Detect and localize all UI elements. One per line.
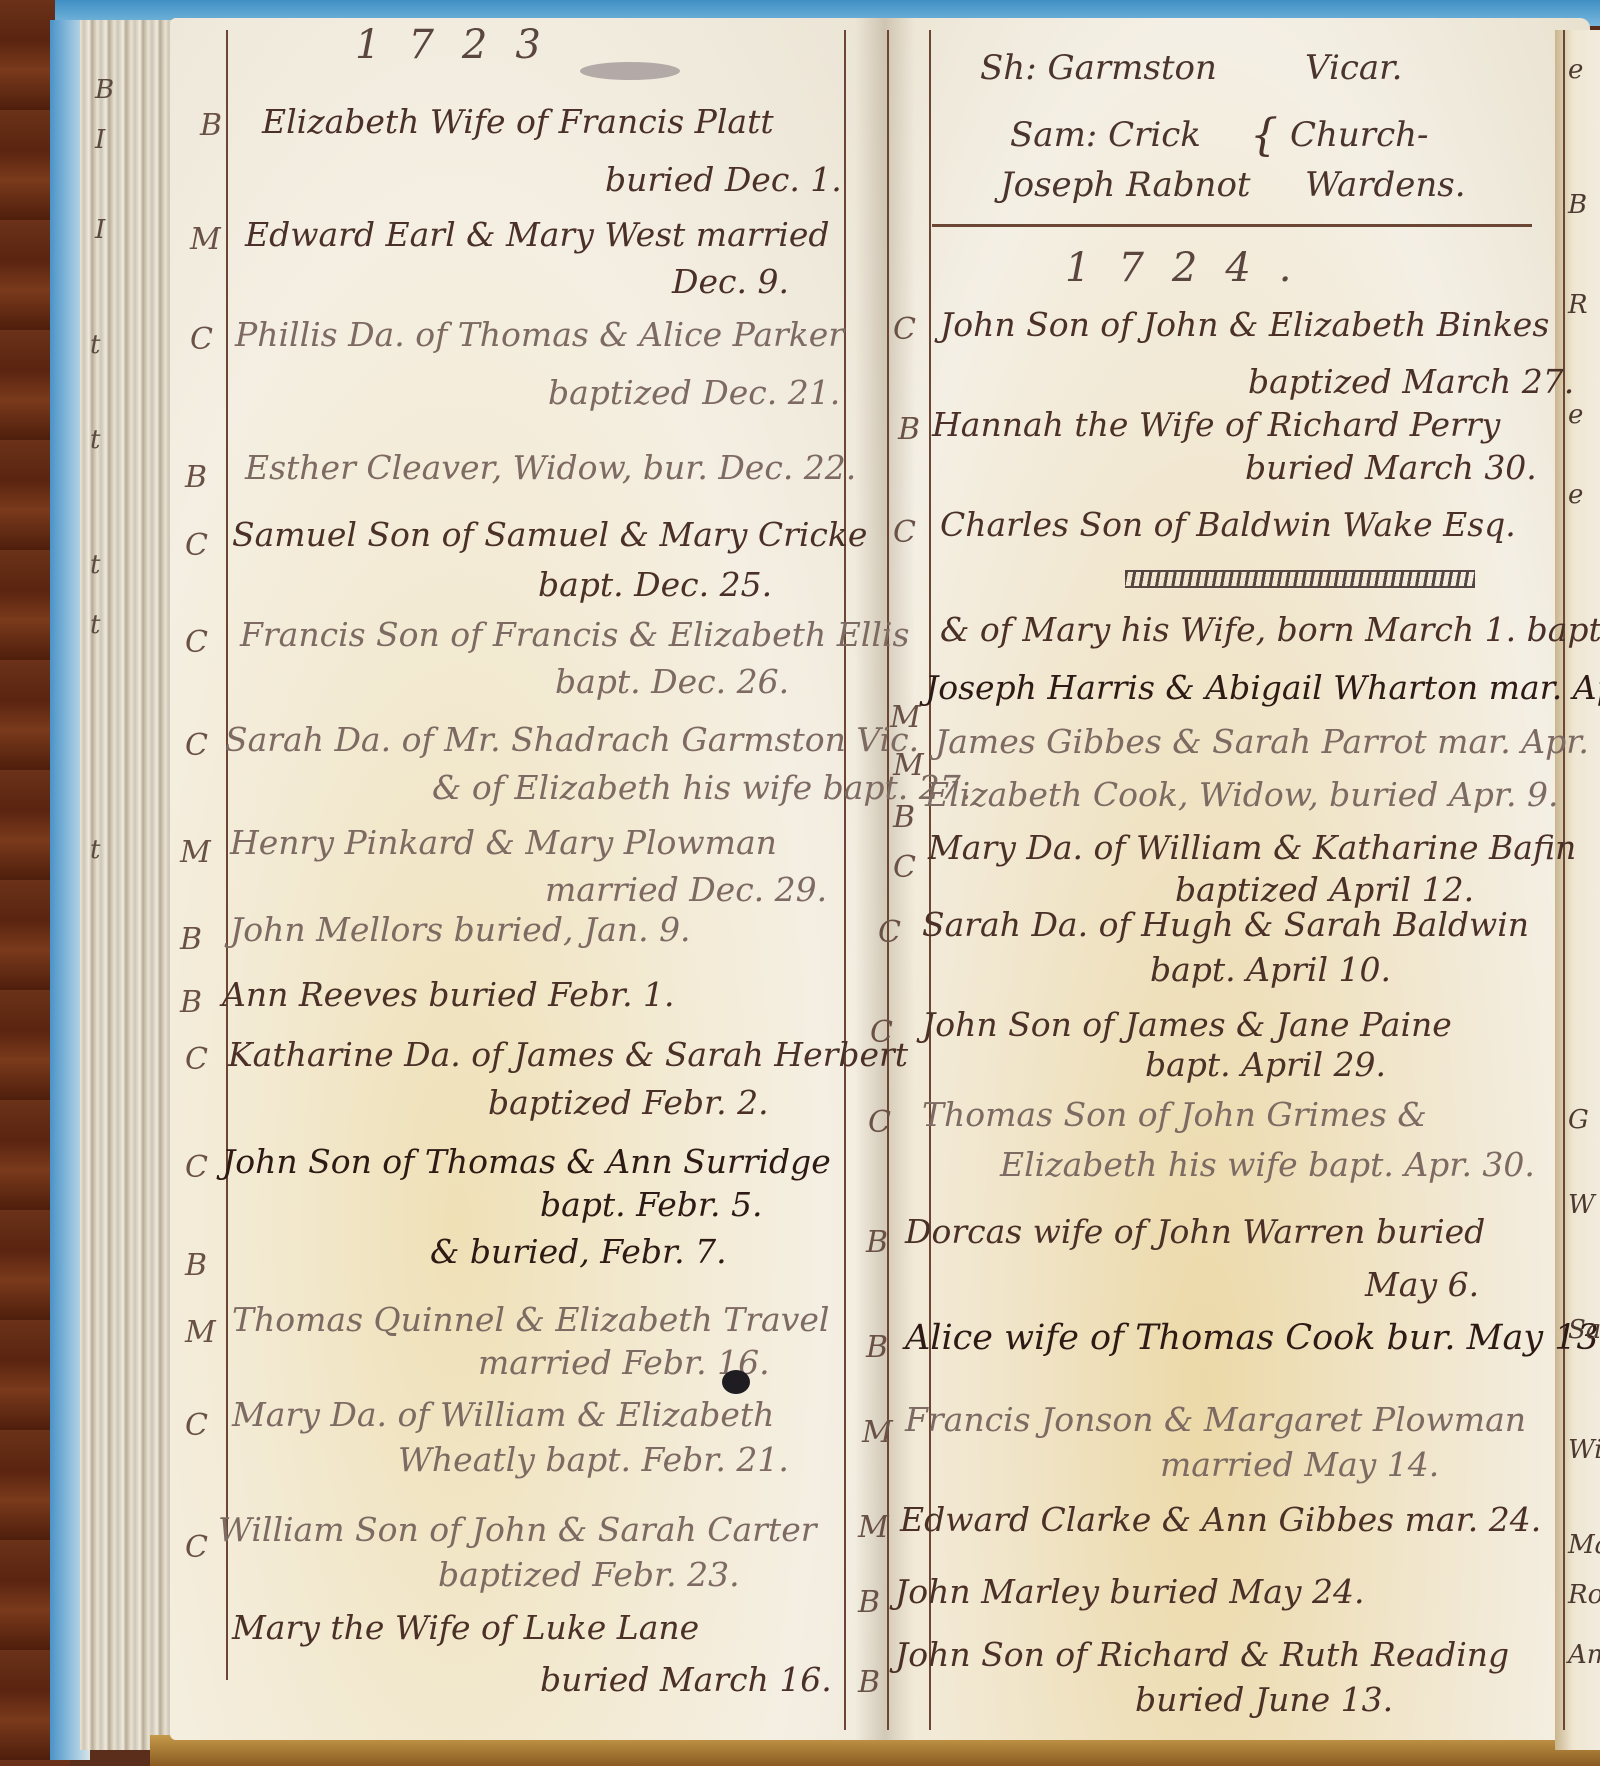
entry-code: C xyxy=(893,850,916,885)
churchwarden-signature-1: Sam: Crick xyxy=(1010,115,1201,155)
entry-line: Elizabeth Wife of Francis Platt xyxy=(262,102,774,141)
entry-line: John Son of John & Elizabeth Binkes xyxy=(940,305,1549,344)
entry-line: Edward Clarke & Ann Gibbes mar. 24. xyxy=(900,1500,1541,1539)
entry-line: Dorcas wife of John Warren buried xyxy=(905,1212,1485,1251)
entry-line: John Son of Richard & Ruth Reading xyxy=(895,1635,1509,1674)
center-rule-right xyxy=(887,30,889,1730)
entry-code: C xyxy=(185,1408,208,1443)
entry-code: C xyxy=(190,322,213,357)
entry-line: baptized Dec. 21. xyxy=(548,373,840,412)
next-page-letter: Ma xyxy=(1568,1530,1600,1560)
entry-line: bapt. Dec. 25. xyxy=(538,565,772,604)
entry-line: Thomas Quinnel & Elizabeth Travel xyxy=(232,1300,829,1339)
entry-line: buried March 30. xyxy=(1245,448,1537,487)
entry-line: William Son of John & Sarah Carter xyxy=(218,1510,817,1549)
entry-code: B xyxy=(866,1225,888,1260)
next-page-margin-rule xyxy=(1563,30,1565,1730)
entry-line: Sarah Da. of Mr. Shadrach Garmston Vic. xyxy=(225,720,919,759)
churchwarden-signature-2: Joseph Rabnot xyxy=(1000,165,1251,205)
entry-line: Mary Da. of William & Katharine Bafin xyxy=(928,828,1576,867)
left-margin-rule xyxy=(226,30,228,1680)
entry-code: B xyxy=(893,800,915,835)
entry-code: M xyxy=(890,700,921,735)
entry-code: C xyxy=(185,1042,208,1077)
entry-line: John Son of James & Jane Paine xyxy=(922,1005,1452,1044)
year-heading-1724: 1724. xyxy=(1065,245,1320,291)
struck-through-text xyxy=(1125,570,1475,588)
entry-code: C xyxy=(893,515,916,550)
entry-line: & of Mary his Wife, born March 1. bapt. … xyxy=(940,610,1600,649)
stack-letter: I xyxy=(95,215,105,245)
entry-code: B xyxy=(180,922,202,957)
entry-line: Ann Reeves buried Febr. 1. xyxy=(222,975,675,1014)
entry-line: married Dec. 29. xyxy=(545,870,827,909)
stack-letter: B xyxy=(95,75,114,105)
entry-line: May 6. xyxy=(1365,1265,1479,1304)
entry-line: baptized April 12. xyxy=(1175,870,1474,909)
entry-code: C xyxy=(878,915,901,950)
stack-letter: t xyxy=(90,610,100,640)
entry-line: Elizabeth Cook, Widow, buried Apr. 9. xyxy=(925,775,1559,814)
stack-letter: t xyxy=(90,550,100,580)
entry-code: C xyxy=(868,1105,891,1140)
entry-line: Henry Pinkard & Mary Plowman xyxy=(230,823,777,862)
entry-line: John Mellors buried, Jan. 9. xyxy=(230,910,691,949)
next-page-letter: Wi xyxy=(1568,1435,1600,1465)
churchwarden-role-2: Wardens. xyxy=(1305,165,1466,205)
next-page-letter: G xyxy=(1568,1105,1589,1135)
entry-line: buried Dec. 1. xyxy=(605,160,842,199)
entry-line: Hannah the Wife of Richard Perry xyxy=(932,405,1500,444)
entry-code: C xyxy=(185,1530,208,1565)
next-page-letter: B xyxy=(1568,190,1587,220)
entry-line: Sarah Da. of Hugh & Sarah Baldwin xyxy=(922,905,1529,944)
entry-line: baptized March 27. xyxy=(1248,362,1574,401)
entry-line: Phillis Da. of Thomas & Alice Parker xyxy=(235,315,844,354)
entry-line: John Marley buried May 24. xyxy=(895,1572,1364,1611)
entry-code: B xyxy=(200,108,222,143)
entry-line: baptized Febr. 2. xyxy=(488,1083,769,1122)
next-page-letter: e xyxy=(1568,400,1583,430)
entry-line: Mary Da. of William & Elizabeth xyxy=(232,1395,774,1434)
entry-code: C xyxy=(185,625,208,660)
entry-line: John Son of Thomas & Ann Surridge xyxy=(222,1142,831,1181)
entry-line: Dec. 9. xyxy=(672,262,789,301)
next-page-letter: R xyxy=(1568,290,1588,320)
entry-line: buried June 13. xyxy=(1135,1680,1393,1719)
entry-line: Katharine Da. of James & Sarah Herbert xyxy=(228,1035,908,1074)
brace: { xyxy=(1250,110,1278,161)
entry-line: bapt. Dec. 26. xyxy=(555,662,789,701)
vicar-signature: Sh: Garmston xyxy=(980,48,1217,88)
entry-line: buried March 16. xyxy=(540,1660,832,1699)
entry-line: James Gibbes & Sarah Parrot mar. Apr. 9. xyxy=(935,722,1600,761)
entry-line: bapt. Febr. 5. xyxy=(540,1185,763,1224)
entry-line: married May 14. xyxy=(1160,1445,1439,1484)
entry-line: Charles Son of Baldwin Wake Esq. xyxy=(940,505,1516,544)
entry-line: Thomas Son of John Grimes & xyxy=(922,1095,1427,1134)
entry-code: C xyxy=(870,1015,893,1050)
entry-line: Esther Cleaver, Widow, bur. Dec. 22. xyxy=(245,448,856,487)
next-page-letter: e xyxy=(1568,55,1583,85)
entry-code: B xyxy=(866,1330,888,1365)
entry-code: B xyxy=(858,1585,880,1620)
entry-code: B xyxy=(185,1625,207,1660)
entry-line: Joseph Harris & Abigail Wharton mar. Apr… xyxy=(925,668,1600,707)
next-page-letter: W xyxy=(1568,1190,1595,1220)
entry-line: Edward Earl & Mary West married xyxy=(245,215,830,254)
entry-line: Alice wife of Thomas Cook bur. May 13. xyxy=(905,1318,1600,1358)
ink-smudge xyxy=(580,62,680,80)
entry-code: C xyxy=(185,728,208,763)
entry-code: B xyxy=(858,1665,880,1700)
stack-letter: t xyxy=(90,330,100,360)
year-heading-1723: 1723 xyxy=(355,22,569,68)
churchwarden-role-1: Church- xyxy=(1290,115,1429,155)
entry-line: baptized Febr. 23. xyxy=(438,1555,740,1594)
entry-code: B xyxy=(180,985,202,1020)
entry-line: Francis Son of Francis & Elizabeth Ellis xyxy=(240,615,909,654)
right-margin-rule xyxy=(929,30,931,1730)
entry-code: M xyxy=(858,1510,889,1545)
entry-code: M xyxy=(185,1315,216,1350)
entry-code: M xyxy=(190,222,221,257)
stack-letter: t xyxy=(90,835,100,865)
entry-code: B xyxy=(185,1248,207,1283)
entry-code: C xyxy=(185,1150,208,1185)
stack-letter: I xyxy=(95,125,105,155)
entry-line: Wheatly bapt. Febr. 21. xyxy=(398,1440,789,1479)
entry-code: M xyxy=(862,1415,893,1450)
entry-line: Samuel Son of Samuel & Mary Cricke xyxy=(232,515,867,554)
stack-letter: t xyxy=(90,425,100,455)
signature-divider-rule xyxy=(932,224,1532,227)
next-page-letter: Ro xyxy=(1568,1580,1600,1610)
entry-line: & of Elizabeth his wife bapt. 27. xyxy=(432,768,971,807)
next-page-letter: Sa xyxy=(1568,1315,1600,1345)
ink-blot xyxy=(722,1370,750,1394)
entry-code: B xyxy=(898,412,920,447)
entry-code: B xyxy=(185,460,207,495)
entry-line: Mary the Wife of Luke Lane xyxy=(232,1608,699,1647)
entry-line: & buried, Febr. 7. xyxy=(430,1232,727,1271)
entry-code: M xyxy=(180,835,211,870)
entry-code: M xyxy=(893,748,924,783)
entry-line: bapt. April 10. xyxy=(1150,950,1391,989)
entry-code: C xyxy=(185,528,208,563)
next-page-edge xyxy=(1555,30,1600,1750)
entry-line: bapt. April 29. xyxy=(1145,1045,1386,1084)
center-rule-left xyxy=(844,30,846,1730)
entry-code: C xyxy=(893,312,916,347)
next-page-letter: Am xyxy=(1568,1640,1600,1670)
next-page-letter: e xyxy=(1568,480,1583,510)
entry-line: Francis Jonson & Margaret Plowman xyxy=(905,1400,1526,1439)
vicar-role: Vicar. xyxy=(1305,48,1402,88)
entry-line: Elizabeth his wife bapt. Apr. 30. xyxy=(1000,1145,1535,1184)
